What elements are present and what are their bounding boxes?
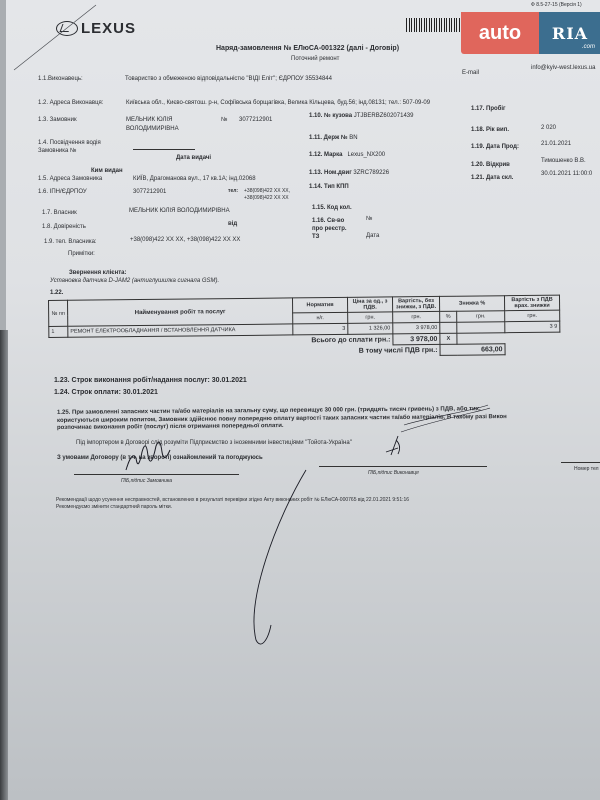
color-code-label: 1.15. Код кол.	[312, 205, 352, 211]
auto-text: auto	[461, 12, 539, 54]
make-value: Lexus_NX200	[347, 152, 385, 158]
executor-signature-caption: ПІБ,підпис Виконавця	[368, 470, 419, 476]
executor-address-label: 1.2. Адреса Виконавця:	[38, 100, 103, 106]
notes-label: Примітки:	[68, 251, 95, 257]
owner-phone-value: +38(098)422 XX XX, +38(098)422 XX XX	[130, 237, 240, 243]
photo-edge-shadow	[0, 330, 8, 800]
document-title: Наряд-замовлення № ЕЛюСА-001322 (далі - …	[216, 45, 399, 52]
customer-address-value: КИЇВ, Драгоманова вул., 17 кв.1А; інд.02…	[133, 176, 256, 182]
col-total-header: Вартість з ПДВ врах. знижки	[504, 295, 559, 311]
plate-value: BN	[349, 135, 357, 141]
request-value: Установка датчика D-JAM2 (антиглушилка с…	[50, 278, 219, 284]
reg-cert-label-1: 1.16. Св-во	[312, 218, 344, 224]
lexus-emblem-icon	[56, 21, 78, 36]
executor-label: 1.1.Виконавець:	[38, 76, 83, 82]
opened-by-value: Тимошенко В.В.	[541, 158, 586, 164]
customer-no-value: 3077212901	[239, 117, 272, 123]
phone-signature-line	[561, 462, 600, 463]
executor-address-value: Київська обл., Києво-святош. р-н, Софіїв…	[126, 100, 430, 106]
col-cost-header: Вартість, без знижки, з ПДВ.	[392, 296, 439, 311]
year-label: 1.18. Рік вип.	[471, 127, 509, 133]
mileage-label: 1.17. Пробіг	[471, 106, 506, 112]
executor-signature-line	[319, 466, 487, 467]
row-cost: 3 978,00	[393, 322, 440, 333]
unit-norm: н/г.	[293, 312, 348, 324]
sale-date-value: 21.01.2021	[541, 141, 571, 147]
make-label: 1.12. Марка	[309, 152, 342, 158]
clause-125-line3: розпочинає виконання робіт (послуг) післ…	[57, 423, 284, 431]
lexus-logo: LEXUS	[56, 20, 136, 37]
phone-value-1: +38(098)422 XX XX,	[244, 188, 290, 194]
plate-label: 1.11. Держ №	[309, 135, 348, 141]
email-label: E-mail	[462, 70, 479, 76]
vin-value: JTJBERBZ602071439	[354, 113, 414, 119]
reg-cert-no-label: №	[366, 216, 372, 222]
agreement-text: З умовами Договору (в т.ч. на звороті) о…	[57, 455, 263, 461]
customer-address-label: 1.5. Адреса Замовника	[38, 176, 102, 182]
vat-value: 663,00	[440, 344, 505, 356]
customer-name-line2: ВОЛОДИМИРІВНА	[126, 126, 179, 132]
opened-by-label: 1.20. Відкрив	[471, 162, 510, 168]
reg-cert-label-3: ТЗ	[312, 234, 319, 240]
col-name-header: Найменування робіт та послуг	[68, 298, 293, 326]
row-no: 1	[49, 326, 68, 337]
autoria-watermark: auto RIA .com	[461, 12, 600, 54]
gearbox-label: 1.14. Тип КПП	[309, 184, 349, 190]
compiled-date-label: 1.21. Дата скл.	[471, 175, 513, 181]
deadline-works: 1.23. Строк виконання робіт/надання посл…	[54, 377, 247, 384]
unit-cost: грн.	[393, 311, 440, 322]
col-no-header: № пп	[49, 300, 68, 326]
license-blank-line	[133, 149, 195, 150]
row-discount-pct	[440, 322, 457, 333]
phone-caption: Номер тел	[574, 466, 599, 472]
engine-value: 3ZRC789226	[353, 170, 389, 176]
request-label: Звернення клієнта:	[69, 270, 127, 276]
ria-text: RIA	[552, 24, 588, 43]
reg-cert-label-2: про реєстр.	[312, 226, 347, 232]
owner-value: МЕЛЬНИК ЮЛІЯ ВОЛОДИМИРІВНА	[129, 208, 230, 214]
recommendation-text: Рекомендації щодо усунення несправностей…	[56, 497, 409, 503]
importer-note: Під імпортером в Договорі слід розуміти …	[76, 440, 352, 446]
proxy-from-label: від	[228, 221, 237, 227]
proxy-label: 1.8. Довіреність	[42, 224, 86, 230]
logo-text: LEXUS	[81, 20, 136, 37]
owner-label: 1.7. Власник	[42, 210, 77, 216]
license-label-2: Замовника №	[38, 148, 76, 154]
license-label-1: 1.4. Посвідчення водія	[38, 140, 101, 146]
sale-date-label: 1.19. Дата Прод:	[471, 144, 519, 150]
unit-price: грн.	[348, 312, 393, 323]
total-value: 3 978,00	[393, 333, 440, 344]
customer-label: 1.3. Замовник	[38, 117, 77, 123]
compiled-date-value: 30.01.2021 11:00:0	[541, 171, 592, 177]
phone-label: тел:	[228, 188, 238, 194]
phone-value-2: +38(098)422 XX XX	[244, 195, 289, 201]
row-discount-uah	[457, 322, 505, 334]
document-subtitle: Поточний ремонт	[291, 56, 339, 62]
unit-total: грн.	[505, 310, 560, 322]
document-page: LEXUS Ф 8.5-27-15 (Версія 1) Наряд-замов…	[6, 0, 600, 800]
vin-label: 1.10. № кузова	[309, 113, 352, 119]
form-code: Ф 8.5-27-15 (Версія 1)	[531, 2, 582, 8]
works-table: № пп Найменування робіт та послуг Нормат…	[48, 295, 561, 360]
total-mark: X	[440, 333, 457, 344]
section-122: 1.22.	[50, 290, 63, 296]
ria-domain: .com	[582, 44, 595, 50]
unit-discount-uah: грн.	[457, 311, 505, 323]
col-discount-header: Знижка %	[439, 296, 504, 312]
tax-id-label: 1.6. ІПН/ЄДРПОУ	[38, 189, 87, 195]
row-total: 3 9	[505, 321, 560, 333]
deadline-payment: 1.24. Строк оплати: 30.01.2021	[54, 389, 158, 396]
col-norm-header: Норматив	[292, 297, 347, 313]
customer-name-line1: МЕЛЬНИК ЮЛІЯ	[126, 117, 172, 123]
issue-date-label: Дата видачі	[176, 155, 211, 161]
executor-value: Товариство з обмеженою відповідальністю …	[125, 76, 332, 82]
tax-id-value: 3077212901	[133, 189, 166, 195]
row-unit-price: 1 326,00	[348, 323, 393, 334]
issued-by-label: Ким видан	[91, 168, 123, 174]
ria-block: RIA .com	[539, 12, 600, 54]
engine-label: 1.13. Ном.двиг	[309, 170, 352, 176]
customer-no-label: №	[221, 117, 227, 123]
year-value: 2 020	[541, 125, 556, 131]
email-value: info@kyiv-west.lexus.ua	[531, 65, 600, 71]
col-price-header: Ціна за од., з ПДВ.	[347, 297, 392, 312]
owner-phone-label: 1.9. тел. Власника:	[44, 239, 97, 245]
unit-discount-pct: %	[440, 311, 457, 322]
row-norm: 3	[293, 323, 348, 335]
reg-cert-date-label: Дата	[366, 233, 379, 239]
customer-signature-caption: ПІБ,підпис Замовника	[121, 478, 172, 484]
password-note: Рекомендуємо змінити стандартний пароль …	[56, 504, 172, 510]
customer-signature-line	[74, 474, 239, 475]
signature-strokes	[6, 0, 600, 800]
